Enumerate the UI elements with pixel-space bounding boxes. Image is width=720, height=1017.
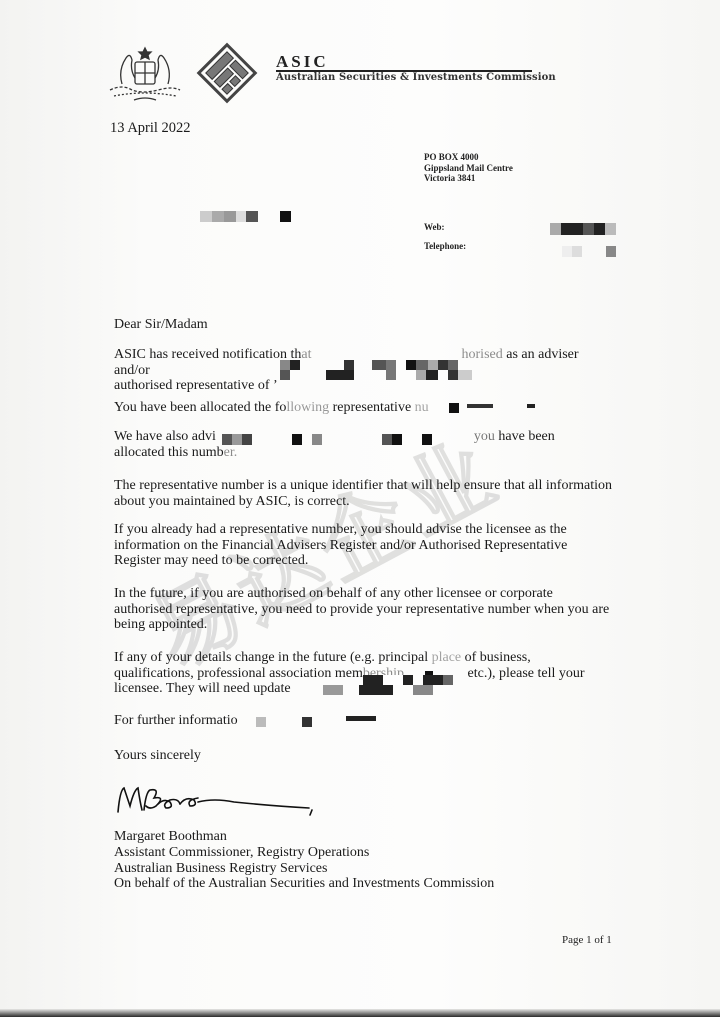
page-edge-shadow xyxy=(0,1009,720,1017)
address-line-3: Victoria 3841 xyxy=(424,173,513,184)
telephone-label: Telephone: xyxy=(424,241,466,251)
org-full-name: Australian Securities & Investments Comm… xyxy=(276,72,556,83)
redaction-block-3 xyxy=(283,670,483,696)
signer-unit: Australian Business Registry Services xyxy=(114,861,494,877)
signer-behalf: On behalf of the Australian Securities a… xyxy=(114,876,494,892)
signer-title: Assistant Commissioner, Registry Operati… xyxy=(114,845,494,861)
redaction-block-4 xyxy=(256,716,406,728)
asic-logo-icon xyxy=(196,42,258,104)
letter-date: 13 April 2022 xyxy=(110,120,191,137)
web-label: Web: xyxy=(424,222,445,232)
coat-of-arms-icon xyxy=(104,44,186,104)
recipient-redacted xyxy=(200,209,300,223)
web-value-redacted xyxy=(550,223,618,235)
salutation: Dear Sir/Madam xyxy=(114,317,614,333)
paragraph-already-had-number: If you already had a representative numb… xyxy=(114,522,614,569)
letter-page: ASIC Australian Securities & Investments… xyxy=(0,0,720,1017)
address-line-2: Gippsland Mail Centre xyxy=(424,163,513,174)
redaction-block-2 xyxy=(222,434,442,446)
telephone-value-redacted xyxy=(562,246,622,258)
paragraph-future-authorised: In the future, if you are authorised on … xyxy=(114,586,614,633)
page-number: Page 1 of 1 xyxy=(562,934,612,946)
paragraph-unique-identifier: The representative number is a unique id… xyxy=(114,478,614,509)
closing: Yours sincerely xyxy=(114,748,614,764)
signer-block: Margaret Boothman Assistant Commissioner… xyxy=(114,829,494,892)
signer-name: Margaret Boothman xyxy=(114,829,494,845)
sender-address: PO BOX 4000 Gippsland Mail Centre Victor… xyxy=(424,152,513,184)
representative-number-redacted xyxy=(445,402,540,414)
redaction-block-1 xyxy=(260,355,560,377)
signature-icon xyxy=(114,780,324,820)
address-line-1: PO BOX 4000 xyxy=(424,152,513,163)
org-short-name: ASIC xyxy=(276,52,329,72)
